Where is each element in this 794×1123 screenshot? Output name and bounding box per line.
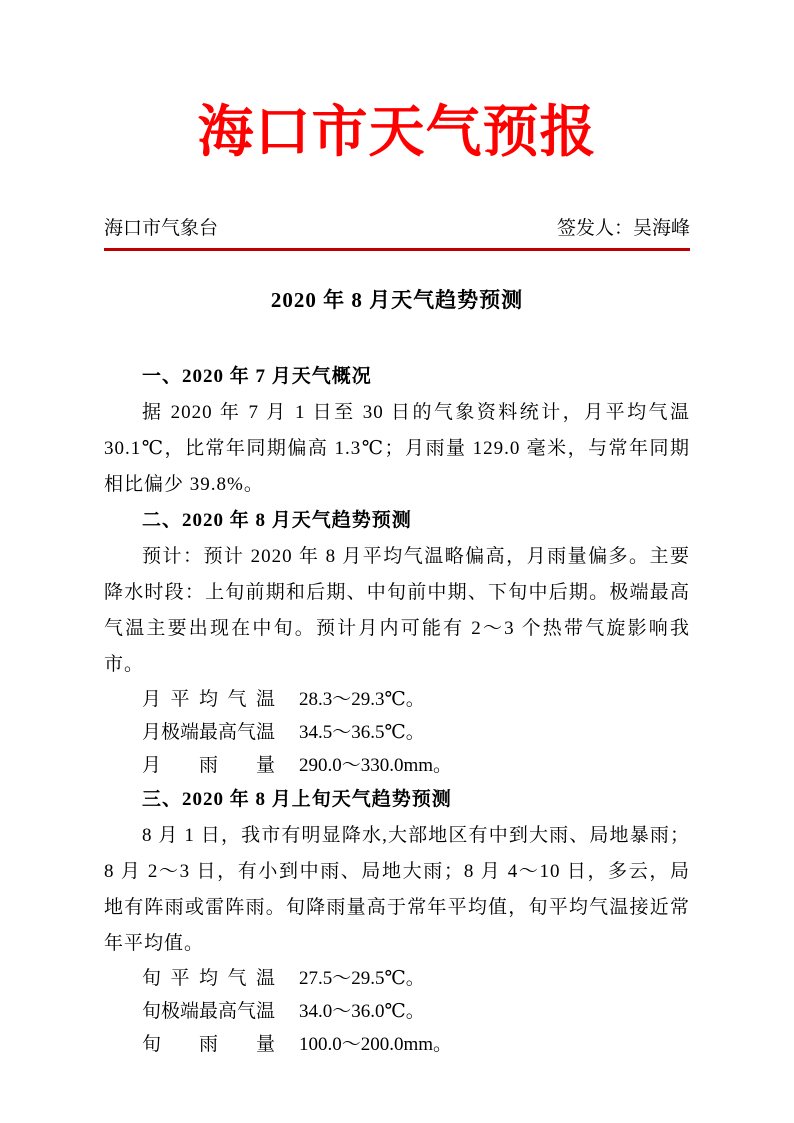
section-1-heading: 一、2020 年 7 月天气概况 [104,359,690,395]
stat-value: 290.0～330.0mm。 [299,749,452,782]
stat-value: 27.5～29.5℃。 [299,962,425,995]
section-2-heading: 二、2020 年 8 月天气趋势预测 [104,503,690,539]
section-3-heading: 三、2020 年 8 月上旬天气趋势预测 [104,782,690,818]
stat-label: 旬极端最高气温 [142,995,275,1028]
document-title: 2020 年 8 月天气趋势预测 [104,285,690,315]
stat-row-tenday-extreme-max-temp: 旬极端最高气温 34.0～36.0℃。 [142,995,690,1028]
issuing-office: 海口市气象台 [104,216,218,242]
signer-label: 签发人：吴海峰 [557,216,690,242]
stat-value: 100.0～200.0mm。 [299,1028,452,1061]
document-banner-title: 海口市天气预报 [104,92,690,172]
document-page: 海口市天气预报 海口市气象台 签发人：吴海峰 2020 年 8 月天气趋势预测 … [0,0,794,1123]
stat-value: 34.5～36.5℃。 [299,716,425,749]
stat-row-month-rainfall: 月雨量 290.0～330.0mm。 [142,749,690,782]
section-3-paragraph: 8 月 1 日，我市有明显降水,大部地区有中到大雨、局地暴雨；8 月 2～3 日… [104,818,690,962]
stat-row-tenday-rainfall: 旬雨量 100.0～200.0mm。 [142,1028,690,1061]
letterhead-row: 海口市气象台 签发人：吴海峰 [104,216,690,242]
stat-label: 旬平均气温 [142,962,275,995]
stat-row-tenday-avg-temp: 旬平均气温 27.5～29.5℃。 [142,962,690,995]
stat-label: 旬雨量 [142,1028,275,1061]
stat-row-month-extreme-max-temp: 月极端最高气温 34.5～36.5℃。 [142,716,690,749]
stat-label: 月平均气温 [142,683,275,716]
document-body: 一、2020 年 7 月天气概况 据 2020 年 7 月 1 日至 30 日的… [104,359,690,1061]
section-1-paragraph: 据 2020 年 7 月 1 日至 30 日的气象资料统计，月平均气温 30.1… [104,395,690,503]
stat-value: 28.3～29.3℃。 [299,683,425,716]
section-2-paragraph: 预计：预计 2020 年 8 月平均气温略偏高，月雨量偏多。主要降水时段：上旬前… [104,539,690,683]
stat-row-month-avg-temp: 月平均气温 28.3～29.3℃。 [142,683,690,716]
stat-label: 月雨量 [142,749,275,782]
stat-label: 月极端最高气温 [142,716,275,749]
stat-value: 34.0～36.0℃。 [299,995,425,1028]
red-divider-line [104,248,690,251]
